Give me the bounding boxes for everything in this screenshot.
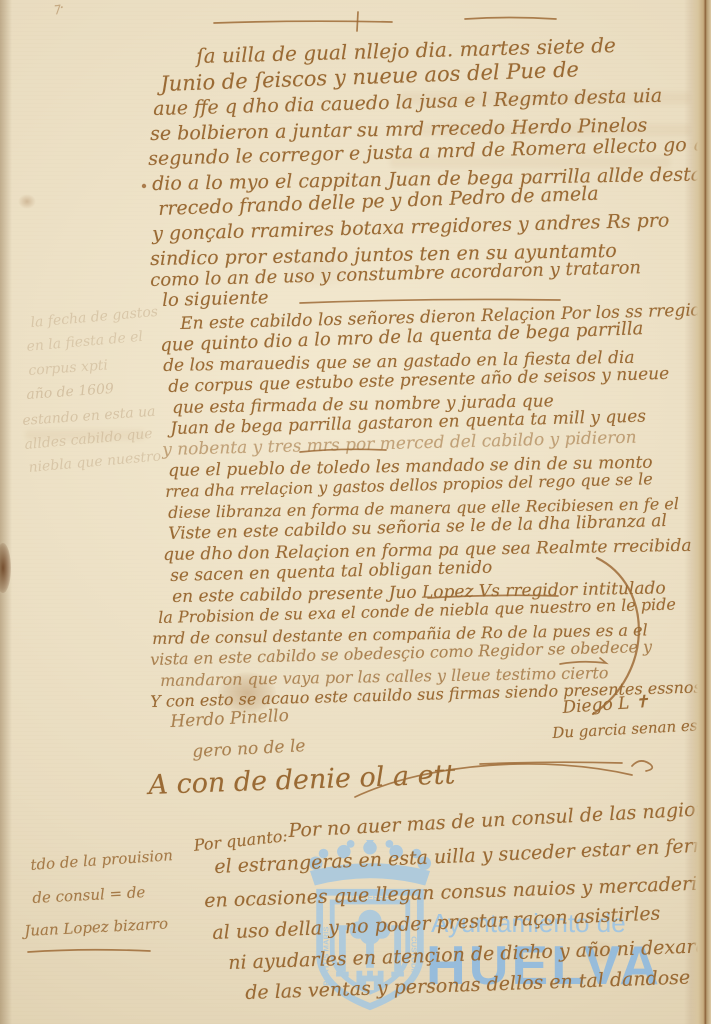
folio-mark: ⁊·	[52, 1, 65, 16]
manuscript-page: ET TERRE PORTUS MARIS CUSTODIA Ayuntamie…	[0, 0, 711, 1024]
top-rule-right	[465, 18, 556, 20]
handwritten-line: lo siguiente	[162, 289, 269, 310]
ink-dot	[142, 184, 146, 188]
top-rule	[214, 21, 392, 23]
signature-squiggle	[632, 761, 652, 771]
lo-siguiente-rule	[300, 299, 560, 303]
top-rule-cross	[357, 12, 358, 31]
margin-note-rule	[28, 950, 150, 952]
